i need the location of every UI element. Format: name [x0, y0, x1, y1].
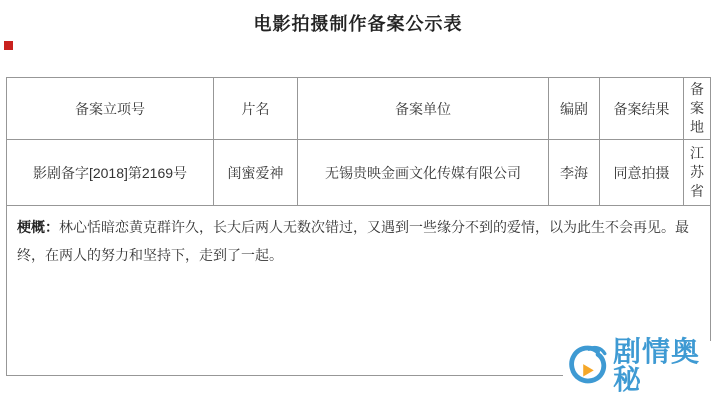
watermark-text: 剧情奥秘	[613, 338, 712, 394]
header-filing-result: 备案结果	[600, 78, 684, 140]
cell-filing-result: 同意拍摄	[600, 140, 684, 206]
cell-screenwriter: 李海	[549, 140, 600, 206]
table-header-row: 备案立项号 片名 备案单位 编剧 备案结果 备案地	[7, 78, 711, 140]
cell-filing-number: 影剧备字[2018]第2169号	[7, 140, 214, 206]
red-square-marker	[4, 41, 13, 50]
synopsis-label: 梗概：	[17, 219, 59, 235]
synopsis-text: 林心恬暗恋黄克群许久，长大后两人无数次错过，又遇到一些缘分不到的爱情，以为此生不…	[17, 219, 689, 263]
header-filing-unit: 备案单位	[298, 78, 549, 140]
play-swirl-icon	[565, 343, 613, 389]
cell-filing-location: 江苏省	[684, 140, 711, 206]
cell-film-title: 闺蜜爱神	[214, 140, 298, 206]
header-film-title: 片名	[214, 78, 298, 140]
filing-table: 备案立项号 片名 备案单位 编剧 备案结果 备案地 影剧备字[2018]第216…	[6, 77, 711, 376]
cell-filing-unit: 无锡贵映金画文化传媒有限公司	[298, 140, 549, 206]
header-screenwriter: 编剧	[549, 78, 600, 140]
header-filing-number: 备案立项号	[7, 78, 214, 140]
header-filing-location: 备案地	[684, 78, 711, 140]
page-title: 电影拍摄制作备案公示表	[0, 10, 716, 36]
table-row: 影剧备字[2018]第2169号 闺蜜爱神 无锡贵映金画文化传媒有限公司 李海 …	[7, 140, 711, 206]
watermark-logo: 剧情奥秘	[563, 341, 716, 391]
